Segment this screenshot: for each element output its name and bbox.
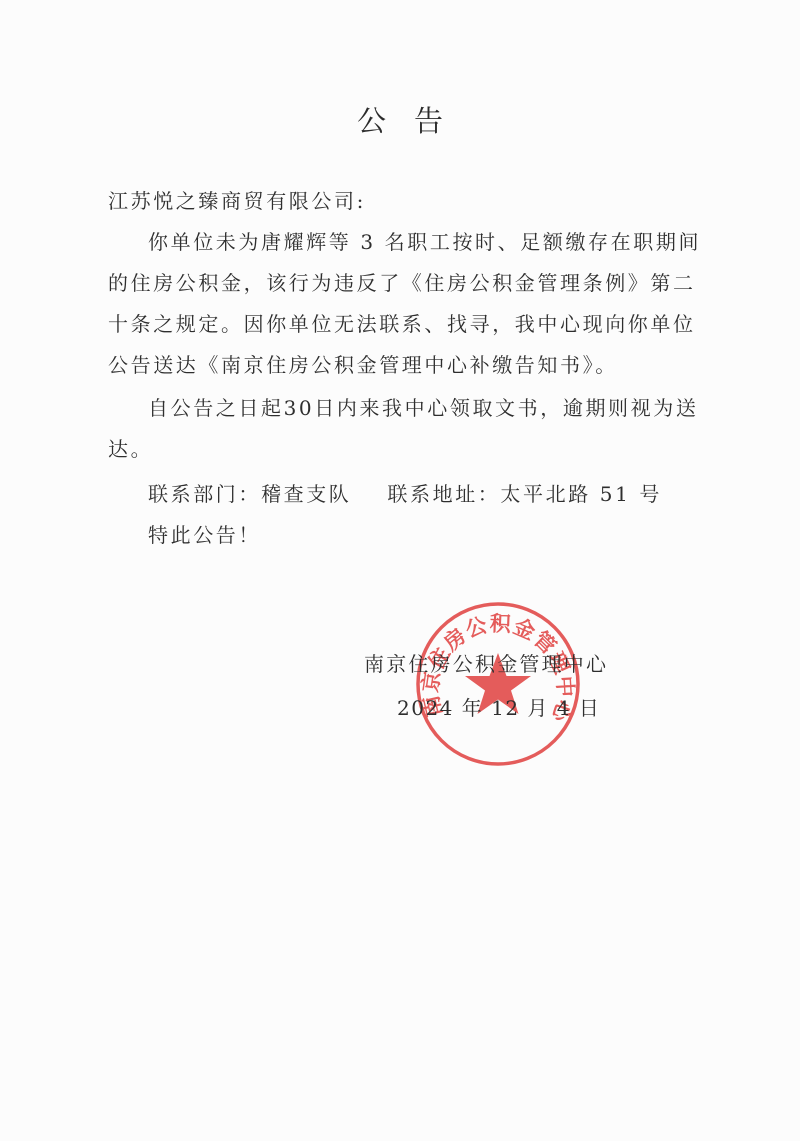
department-value: 稽查支队: [261, 482, 351, 506]
paragraph-2-line-2: 达。: [108, 434, 153, 464]
signature-date: 2024 年 12 月 4 日: [397, 693, 600, 723]
official-seal-icon: 南京住房公积金管理中心: [415, 601, 581, 767]
department-label: 联系部门：: [148, 482, 261, 506]
paragraph-1-line-4: 公告送达《南京住房公积金管理中心补缴告知书》。: [108, 350, 618, 380]
contact-line: 联系部门：稽查支队联系地址：太平北路 51 号: [148, 479, 662, 509]
closing: 特此公告！: [148, 520, 261, 550]
addressee: 江苏悦之臻商贸有限公司:: [108, 186, 366, 216]
document-page: 公告 江苏悦之臻商贸有限公司: 你单位未为唐耀辉等 3 名职工按时、足额缴存在职…: [0, 0, 800, 1141]
address-value: 太平北路 51 号: [500, 482, 662, 506]
document-title: 公告: [0, 103, 800, 139]
address-label: 联系地址：: [387, 482, 500, 506]
paragraph-1-line-1: 你单位未为唐耀辉等 3 名职工按时、足额缴存在职期间: [148, 227, 701, 257]
signature-organization: 南京住房公积金管理中心: [364, 649, 608, 679]
paragraph-1-line-2: 的住房公积金，该行为违反了《住房公积金管理条例》第二: [108, 268, 696, 298]
paragraph-1-line-3: 十条之规定。因你单位无法联系、找寻，我中心现向你单位: [108, 309, 696, 339]
paragraph-2-line-1: 自公告之日起30日内来我中心领取文书，逾期则视为送: [148, 393, 698, 423]
